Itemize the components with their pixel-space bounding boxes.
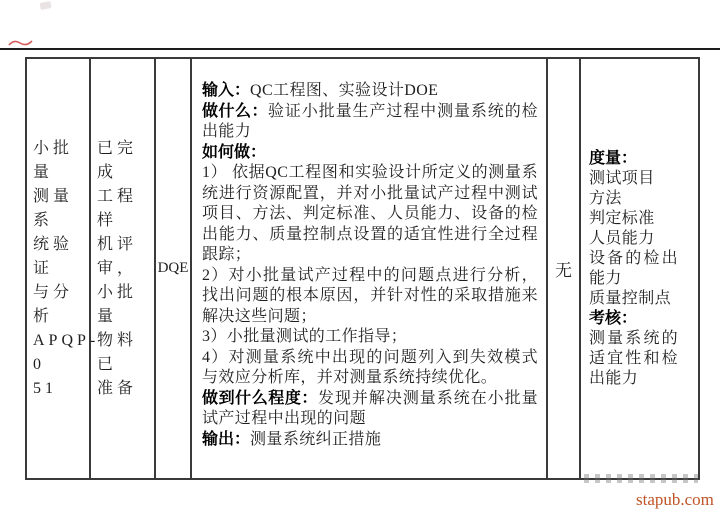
activity-paragraph: 2）对小批量试产过程中的问题点进行分析，找出问题的根本原因，并针对性的采取措施来… [202,266,538,328]
activity-paragraph: 4）对测量系统中出现的问题列入到失效模式与效应分析库，并对测量系统持续优化。 [202,348,538,389]
activity-paragraph: 输出：测量系统纠正措施 [202,430,538,451]
activity-paragraph: 做到什么程度：发现并解决测量系统在小批量试产过程中出现的问题 [202,389,538,430]
measurement-item: 判定标准 [589,209,678,229]
scan-smudge-mark [39,1,51,10]
process-name-cell: 小批量 测量系 统验证 与分析 APQP-0 51 [27,59,91,478]
watermark-text: stapub.com [636,490,714,510]
activity-paragraph: 3）小批量测试的工作指导； [202,327,538,348]
activity-paragraph: 输入：QC工程图、实验设计DOE [202,81,538,102]
measurement-item: 度量： [589,149,678,169]
document-page: { "artifacts": { "watermark": "stapub.co… [0,0,720,521]
scan-dash-artifacts [584,474,698,483]
activity-description-cell: 输入：QC工程图、实验设计DOE 做什么：验证小批量生产过程中测量系统的检出能力… [192,59,548,478]
activity-paragraph: 如何做： [202,143,538,164]
measurement-item: 质量控制点 [589,289,678,309]
owner-cell: DQE [156,59,192,478]
process-definition-table: 小批量 测量系 统验证 与分析 APQP-0 51 已完成 工程样 机评审， 小… [25,57,700,480]
interface-label: 无 [555,256,572,281]
precondition-cell: 已完成 工程样 机评审， 小批量 物料已 准备 [91,59,156,478]
measurement-item: 人员能力 [589,229,678,249]
measurement-item: 设备的检出能力 [589,249,678,289]
page-divider-rule [0,48,720,50]
measurement-item: 测量系统的适宜性和检出能力 [589,329,678,389]
measurement-cell: 度量： 测试项目 方法 判定标准 人员能力 设备的检出能力 质量控制点 考核： … [581,59,688,478]
measurement-item: 方法 [589,189,678,209]
interface-cell: 无 [548,59,581,478]
red-pen-squiggle [8,36,34,48]
measurement-item: 考核： [589,309,678,329]
activity-paragraph: 1） 依据QC工程图和实验设计所定义的测量系统进行资源配置，并对小批量试产过程中… [202,163,538,266]
activity-paragraph: 做什么：验证小批量生产过程中测量系统的检出能力 [202,102,538,143]
measurement-item: 测试项目 [589,169,678,189]
owner-label: DQE [158,260,189,277]
